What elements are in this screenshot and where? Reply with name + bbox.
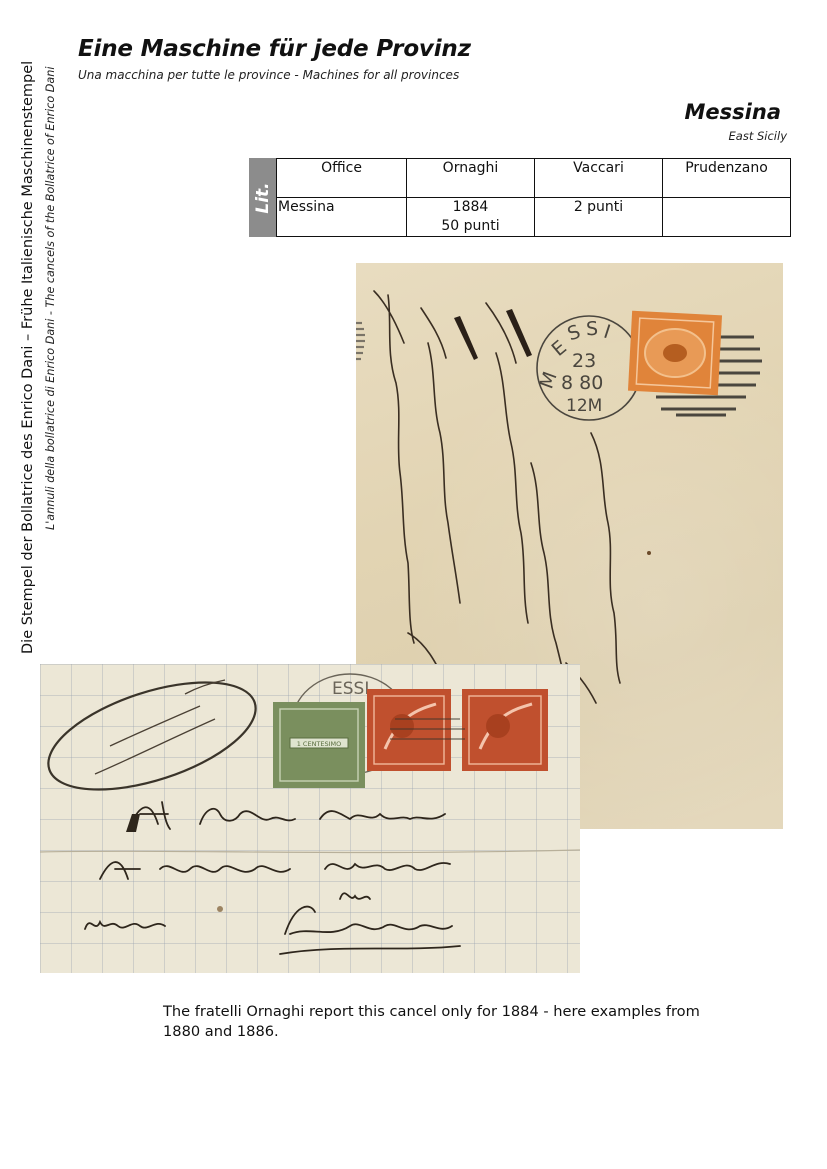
literature-tab-label: Lit.: [253, 182, 273, 213]
series-subtitle-vertical: L'annuli della bollatrice di Enrico Dani…: [44, 67, 57, 530]
stamp-orange: [628, 311, 722, 396]
cell-ornaghi-year: 1884: [407, 198, 534, 217]
svg-text:I: I: [601, 321, 613, 344]
region-label: East Sicily: [729, 129, 787, 143]
table-header-row: Office Ornaghi Vaccari Prudenzano: [277, 159, 791, 198]
cell-ornaghi-points: 50 punti: [407, 217, 534, 236]
svg-text:S: S: [586, 318, 599, 340]
svg-text:ESSI: ESSI: [332, 679, 369, 699]
svg-text:8 80: 8 80: [561, 372, 603, 394]
svg-text:S: S: [565, 321, 584, 346]
cell-ornaghi: 1884 50 punti: [407, 198, 535, 237]
series-title-vertical: Die Stempel der Bollatrice des Enrico Da…: [20, 34, 36, 654]
svg-text:1 CENTESIMO: 1 CENTESIMO: [297, 740, 342, 748]
cell-prudenzano: [663, 198, 791, 237]
letter-1886-illustration: ESSI 1 CENTESIMO: [40, 664, 580, 973]
stamp-red-2: [462, 689, 548, 771]
svg-text:12M: 12M: [566, 396, 602, 416]
sender-cachet: [40, 664, 268, 811]
page-subtitle: Una macchina per tutte le province - Mac…: [78, 68, 459, 82]
caption-text: The fratelli Ornaghi report this cancel …: [163, 1002, 723, 1042]
letter-image-1886: ESSI 1 CENTESIMO: [40, 664, 580, 973]
svg-text:M: M: [535, 369, 561, 392]
column-header-prudenzano: Prudenzano: [663, 159, 791, 198]
table-row: Messina 1884 50 punti 2 punti: [277, 198, 791, 237]
svg-text:23: 23: [572, 350, 596, 372]
column-header-office: Office: [277, 159, 407, 198]
column-header-vaccari: Vaccari: [535, 159, 663, 198]
literature-tab: Lit.: [249, 158, 276, 237]
column-header-ornaghi: Ornaghi: [407, 159, 535, 198]
stamp-red-1: [367, 689, 451, 771]
svg-text:E: E: [548, 336, 571, 361]
cell-office: Messina: [277, 198, 407, 237]
cell-vaccari: 2 punti: [535, 198, 663, 237]
stamp-green: 1 CENTESIMO: [273, 702, 365, 788]
literature-table: Office Ornaghi Vaccari Prudenzano Messin…: [276, 158, 791, 237]
page-title: Eine Maschine für jede Provinz: [78, 36, 471, 62]
city-heading: Messina: [685, 100, 781, 124]
